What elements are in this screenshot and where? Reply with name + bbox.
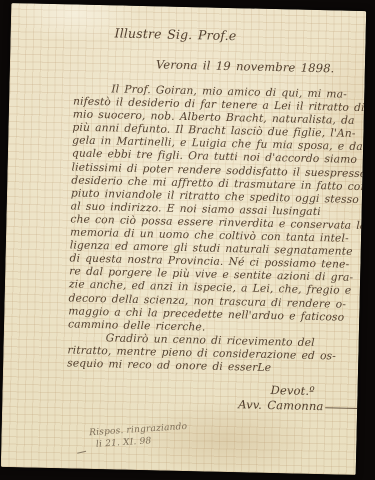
letter-paper: Illustre Sig. Prof.e Verona il 19 novemb… — [1, 3, 366, 475]
archivist-note: Rispos. ringraziando li 21. XI. 98 — [89, 421, 189, 451]
scan-background: { "letter": { "greeting": "Illustre Sig.… — [0, 0, 375, 480]
letter-body: Il Prof. Goiran, mio amico di qui, mi ma… — [67, 81, 366, 376]
letter-greeting: Illustre Sig. Prof.e — [114, 25, 236, 43]
letter-dateline: Verona il 19 novembre 1898. — [156, 57, 335, 75]
pencil-mark — [77, 451, 86, 454]
letter-valediction: Devot.º — [270, 383, 314, 398]
letter-signature: Avv. Camonna — [238, 397, 366, 414]
